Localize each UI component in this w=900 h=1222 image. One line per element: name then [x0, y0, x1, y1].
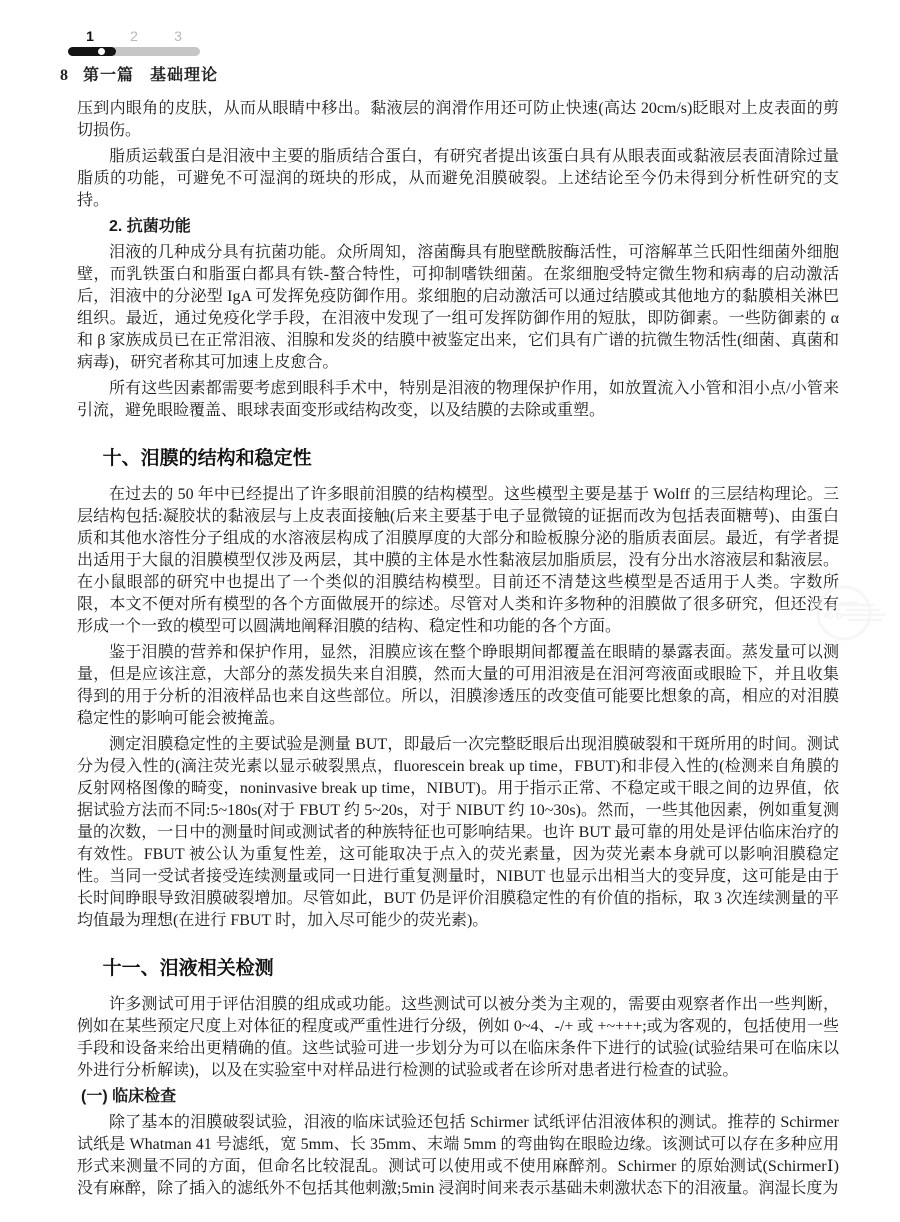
- book-page: 1 2 3 8 第一篇 基础理论 压到内眼角的皮肤，从而从眼睛中移出。黏液层的润…: [0, 0, 900, 1222]
- page-number: 8: [60, 67, 69, 85]
- paragraph: 脂质运载蛋白是泪液中主要的脂质结合蛋白，有研究者提出该蛋白具有从眼表面或黏液层表…: [77, 146, 839, 212]
- paragraph: 除了基本的泪膜破裂试验，泪液的临床试验还包括 Schirmer 试纸评估泪液体积…: [77, 1112, 839, 1200]
- paragraph: 许多测试可用于评估泪膜的组成或功能。这些测试可以被分类为主观的，需要由观察者作出…: [77, 994, 839, 1082]
- subheading-antibacterial-function: 2. 抗菌功能: [77, 216, 839, 238]
- stepper-step-3[interactable]: 3: [156, 28, 200, 44]
- stepper-step-2[interactable]: 2: [112, 28, 156, 44]
- subheading-clinical-examination: (一) 临床检查: [77, 1086, 839, 1108]
- paragraph: 所有这些因素都需要考虑到眼科手术中，特别是泪液的物理保护作用，如放置流入小管和泪…: [77, 378, 839, 422]
- part-title: 基础理论: [150, 62, 218, 85]
- paragraph: 测定泪膜稳定性的主要试验是测量 BUT，即最后一次完整眨眼后出现泪膜破裂和干斑所…: [77, 734, 839, 932]
- section-heading-tear-related-tests: 十一、泪液相关检测: [77, 956, 839, 982]
- section-heading-tear-film-structure: 十、泪膜的结构和稳定性: [77, 446, 839, 472]
- paragraph: 压到内眼角的皮肤，从而从眼睛中移出。黏液层的润滑作用还可防止快速(高达 20cm…: [77, 98, 839, 142]
- stepper-track[interactable]: [68, 47, 200, 56]
- part-label: 第一篇: [83, 62, 134, 85]
- stepper-slider-dot-icon[interactable]: [98, 48, 105, 55]
- stepper-step-1[interactable]: 1: [68, 28, 112, 44]
- page-progress-stepper[interactable]: 1 2 3: [68, 28, 200, 56]
- running-head: 8 第一篇 基础理论: [60, 62, 218, 85]
- stepper-numbers: 1 2 3: [68, 28, 200, 44]
- stepper-progress-fill: [68, 47, 116, 56]
- paragraph: 在过去的 50 年中已经提出了许多眼前泪膜的结构模型。这些模型主要是基于 Wol…: [77, 484, 839, 638]
- publisher-watermark-icon: [812, 583, 892, 647]
- paragraph: 泪液的几种成分具有抗菌功能。众所周知，溶菌酶具有胞壁酰胺酶活性，可溶解革兰氏阳性…: [77, 242, 839, 374]
- text-column: 压到内眼角的皮肤，从而从眼睛中移出。黏液层的润滑作用还可防止快速(高达 20cm…: [77, 98, 839, 1204]
- paragraph: 鉴于泪膜的营养和保护作用，显然，泪膜应该在整个睁眼期间都覆盖在眼睛的暴露表面。蒸…: [77, 642, 839, 730]
